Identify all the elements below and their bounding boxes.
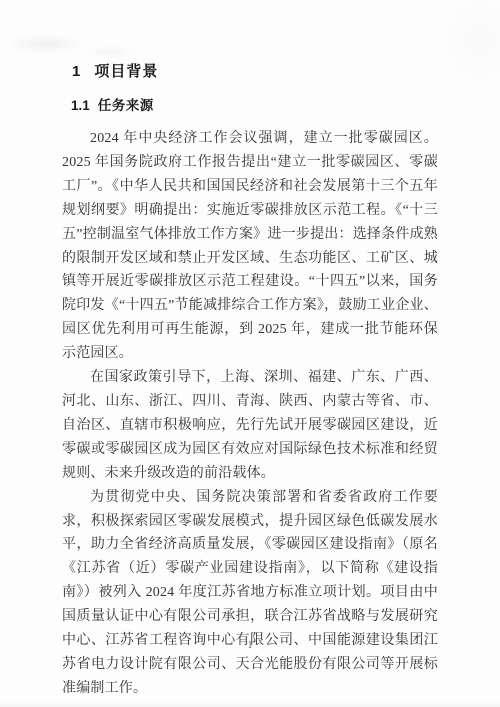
document-page: 1 项目背景 1.1 任务来源 2024 年中央经济工作会议强调，建立一批零碳园… xyxy=(0,0,500,707)
section-number: 1 xyxy=(72,60,80,83)
paragraph-provincial-response: 在国家政策引导下，上海、深圳、福建、广东、广西、河北、山东、浙江、四川、青海、陕… xyxy=(62,366,438,486)
paragraph-project-initiation: 为贯彻党中央、国务院决策部署和省委省政府工作要求，积极探索园区零碳发展模式，提升… xyxy=(62,486,438,701)
body-text: 2024 年中央经济工作会议强调，建立一批零碳园区。2025 年国务院政府工作报… xyxy=(62,127,438,701)
paragraph-policy-background: 2024 年中央经济工作会议强调，建立一批零碳园区。2025 年国务院政府工作报… xyxy=(62,127,438,366)
page-number: 1 xyxy=(0,640,500,651)
section-title: 项目背景 xyxy=(94,60,158,83)
subsection-number: 1.1 xyxy=(71,96,90,116)
subsection-title: 任务来源 xyxy=(98,96,154,116)
scan-artifact-bottom-edge xyxy=(0,702,500,707)
section-heading: 1 项目背景 xyxy=(72,60,438,83)
subsection-heading: 1.1 任务来源 xyxy=(71,96,438,116)
page-text-block: 1 项目背景 1.1 任务来源 2024 年中央经济工作会议强调，建立一批零碳园… xyxy=(62,60,438,701)
